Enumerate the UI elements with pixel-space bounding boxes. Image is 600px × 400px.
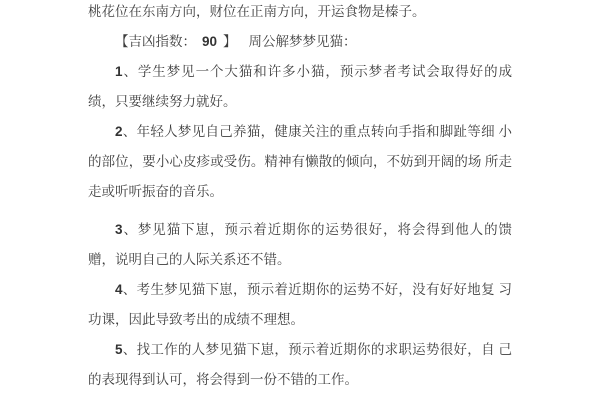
item-separator: 、 (123, 222, 138, 237)
item-text: 梦见猫下崽，预示着近期你的运势很好，将会得到他人的馈 赠，说明自己的人际关系还不… (88, 222, 512, 267)
item-text: 学生梦见一个大猫和许多小猫，预示梦者考试会取得好的成 绩，只要继续努力就好。 (88, 64, 512, 109)
item-number: 5 (115, 342, 123, 357)
dream-item-1: 1、学生梦见一个大猫和许多小猫，预示梦者考试会取得好的成 绩，只要继续努力就好。 (88, 57, 512, 117)
index-open-bracket: 【吉凶指数： (115, 34, 196, 49)
document-viewer: { "page": { "background": "#ffffff", "te… (0, 0, 600, 400)
item-separator: 、 (123, 124, 137, 139)
intro-text: 桃花位在东南方向，财位在正南方向，开运食物是榛子。 (88, 4, 426, 19)
index-line: 【吉凶指数：90】周公解梦梦见猫： (88, 27, 512, 57)
item-separator: 、 (123, 282, 137, 297)
dream-item-2: 2、年轻人梦见自己养猫，健康关注的重点转向手指和脚趾等细 小的部位，要小心皮疹或… (88, 117, 512, 207)
item-separator: 、 (123, 342, 137, 357)
document-page: 桃花位在东南方向，财位在正南方向，开运食物是榛子。 【吉凶指数：90】周公解梦梦… (0, 0, 600, 397)
index-close-bracket: 】 (223, 34, 237, 49)
item-separator: 、 (123, 64, 138, 79)
item-number: 1 (115, 64, 123, 79)
index-title: 周公解梦梦见猫： (249, 34, 357, 49)
item-text: 年轻人梦见自己养猫，健康关注的重点转向手指和脚趾等细 小的部位，要小心皮疹或受伤… (88, 124, 512, 199)
dream-item-5: 5、找工作的人梦见猫下崽，预示着近期你的求职运势很好，自 己的表现得到认可，将会… (88, 335, 512, 395)
item-number: 3 (115, 222, 123, 237)
dream-item-3: 3、梦见猫下崽，预示着近期你的运势很好，将会得到他人的馈 赠，说明自己的人际关系… (88, 215, 512, 275)
index-value: 90 (202, 34, 217, 49)
item-number: 4 (115, 282, 123, 297)
item-text: 找工作的人梦见猫下崽，预示着近期你的求职运势很好，自 己的表现得到认可，将会得到… (88, 342, 512, 387)
item-text: 考生梦见猫下崽，预示着近期你的运势不好，没有好好地复 习功课，因此导致考出的成绩… (88, 282, 512, 327)
item-number: 2 (115, 124, 123, 139)
dream-item-4: 4、考生梦见猫下崽，预示着近期你的运势不好，没有好好地复 习功课，因此导致考出的… (88, 275, 512, 335)
intro-paragraph: 桃花位在东南方向，财位在正南方向，开运食物是榛子。 (88, 0, 512, 27)
